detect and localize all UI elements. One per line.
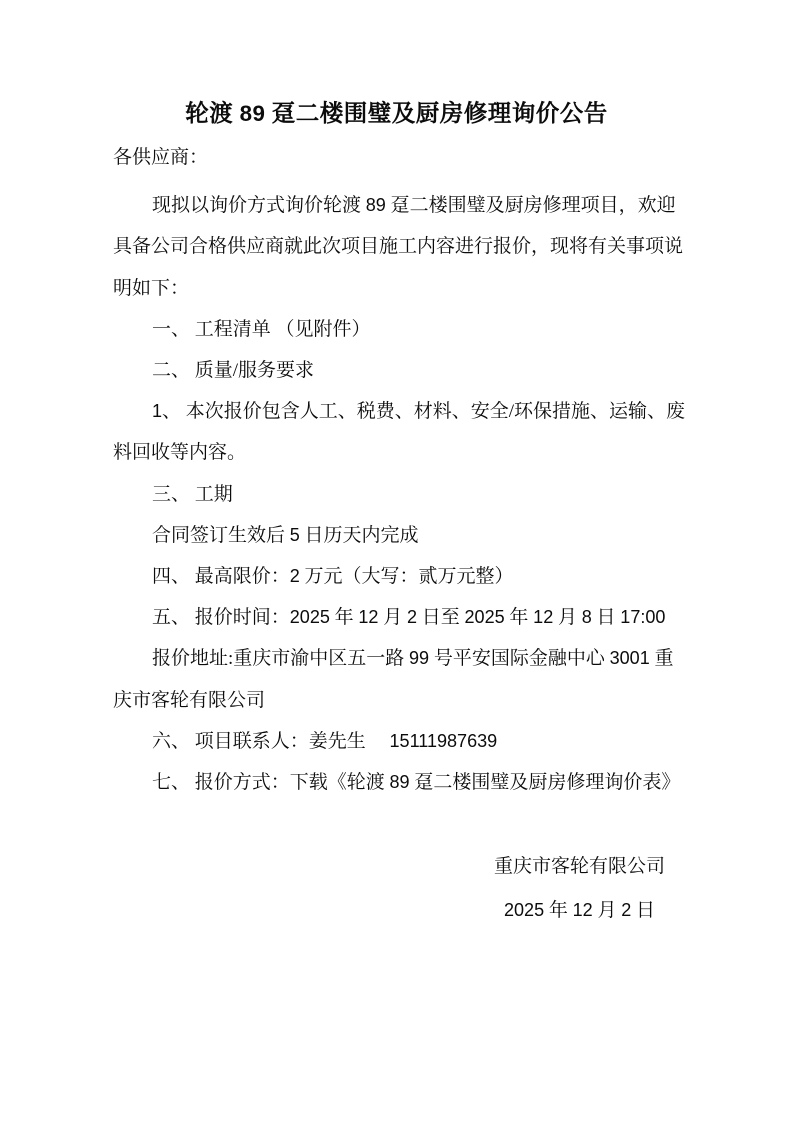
signature-date: 2025 年 12 月 2 日	[494, 889, 665, 933]
intro-line-2: 具备公司合格供应商就此次项目施工内容进行报价，现将有关事项说	[113, 226, 713, 267]
item-7-quote-method: 七、 报价方式：下载《轮渡 89 趸二楼围璧及厨房修理询价表》	[113, 762, 713, 803]
item-2-clause-1-line-2: 料回收等内容。	[113, 432, 713, 473]
quote-address-line-1: 报价地址:重庆市渝中区五一路 99 号平安国际金融中心 3001 重	[113, 638, 713, 679]
item-3-duration-detail: 合同签订生效后 5 日历天内完成	[113, 515, 713, 556]
item-1-project-list: 一、 工程清单 （见附件）	[113, 309, 713, 350]
intro-line-1: 现拟以询价方式询价轮渡 89 趸二楼围璧及厨房修理项目，欢迎	[113, 185, 713, 226]
signature-company: 重庆市客轮有限公司	[494, 846, 665, 889]
item-2-clause-1-line-1: 1、 本次报价包含人工、税费、材料、安全/环保措施、运输、废	[113, 391, 713, 432]
salutation: 各供应商：	[113, 137, 713, 178]
item-5-quote-period: 五、 报价时间：2025 年 12 月 2 日至 2025 年 12 月 8 日…	[113, 597, 713, 638]
quote-address-line-2: 庆市客轮有限公司	[113, 680, 713, 721]
document-body: 各供应商： 现拟以询价方式询价轮渡 89 趸二楼围璧及厨房修理项目，欢迎 具备公…	[113, 137, 713, 803]
item-6-contact: 六、 项目联系人：姜先生 15111987639	[113, 721, 713, 762]
intro-line-3: 明如下：	[113, 268, 713, 309]
document-title: 轮渡 89 趸二楼围璧及厨房修理询价公告	[0, 96, 793, 132]
item-2-quality-requirements: 二、 质量/服务要求	[113, 350, 713, 391]
signature-block: 重庆市客轮有限公司 2025 年 12 月 2 日	[494, 846, 665, 932]
item-4-price-cap: 四、 最高限价：2 万元（大写：贰万元整）	[113, 556, 713, 597]
document-page: 轮渡 89 趸二楼围璧及厨房修理询价公告 各供应商： 现拟以询价方式询价轮渡 8…	[0, 0, 793, 1122]
item-3-duration: 三、 工期	[113, 474, 713, 515]
